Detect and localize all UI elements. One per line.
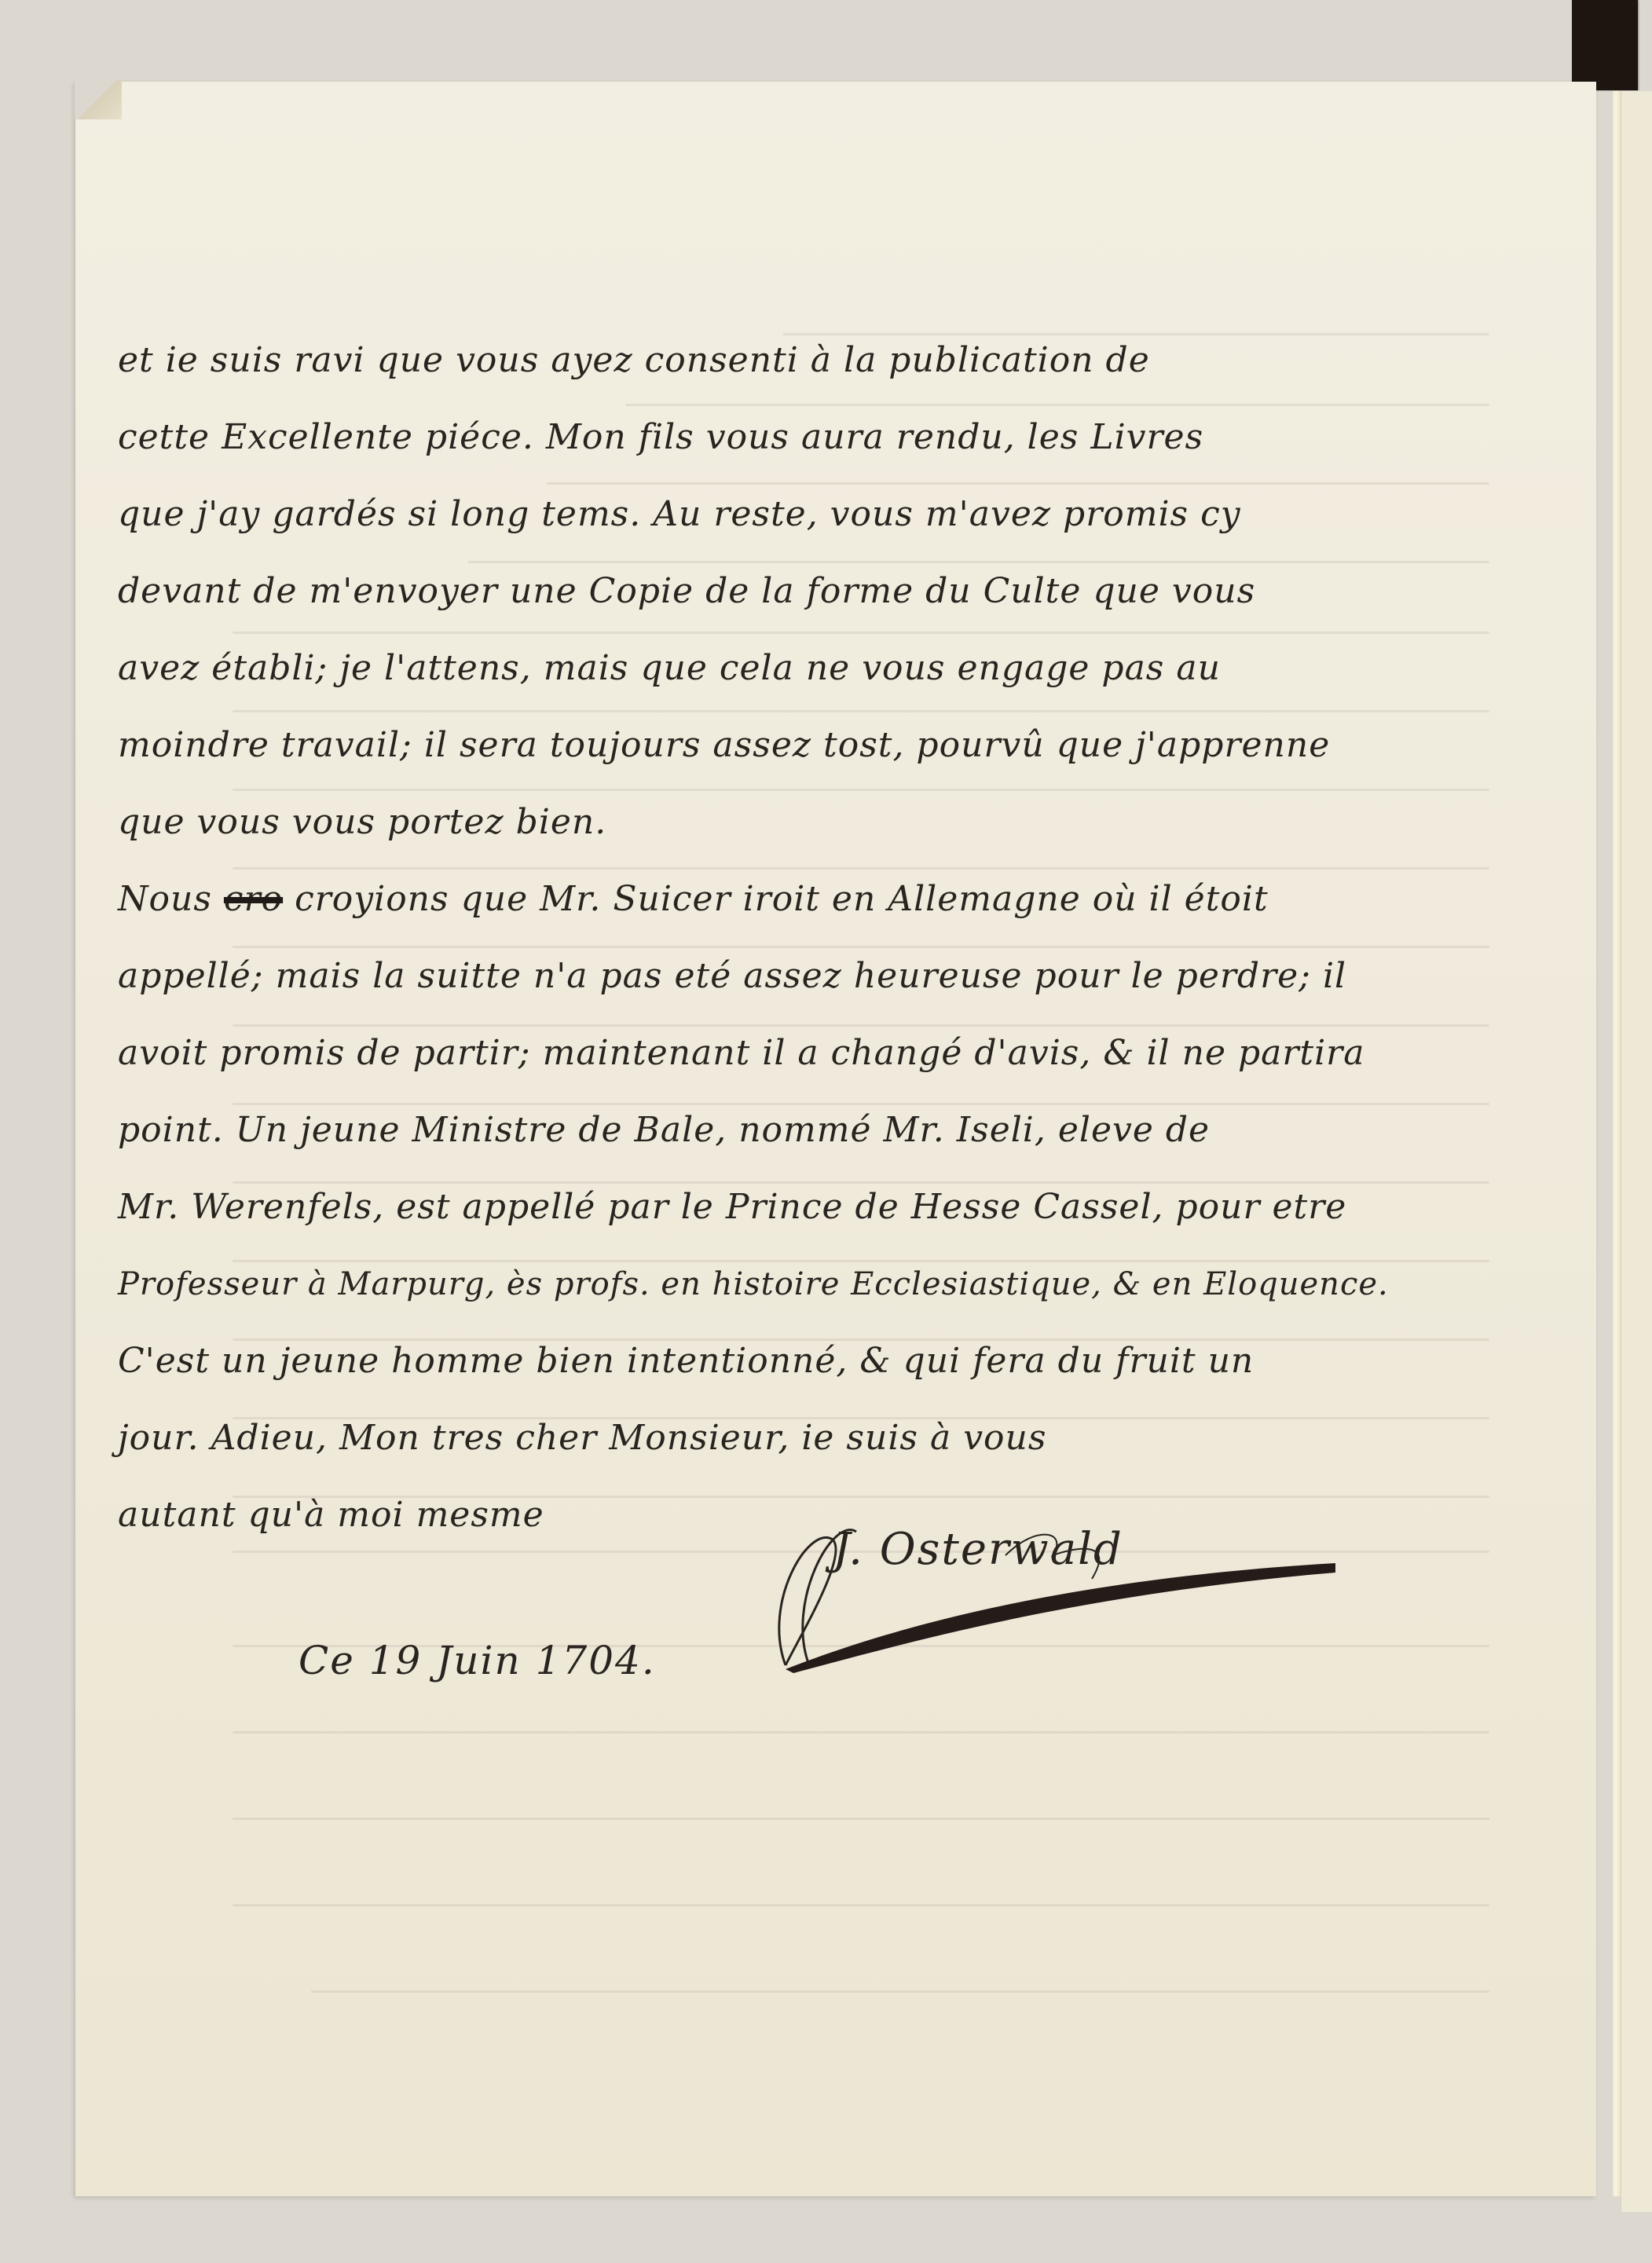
binding-crease	[1613, 91, 1621, 2196]
letter-line: jour. Adieu, Mon tres cher Monsieur, ie …	[118, 1400, 1579, 1477]
letter-line-paragraph-start: Nous cro croyions que Mr. Suicer iroit e…	[118, 861, 1579, 938]
struck-out-word: cro	[224, 879, 283, 919]
signature-name: J. Osterwald	[833, 1524, 1123, 1575]
letter-line: C'est un jeune homme bien intentionné, &…	[118, 1323, 1579, 1400]
letter-line: avoit promis de partir; maintenant il a …	[118, 1015, 1579, 1092]
letter-line: cette Excellente piéce. Mon fils vous au…	[118, 399, 1579, 476]
letter-line: que j'ay gardés si long tems. Au reste, …	[118, 476, 1579, 553]
paragraph-first-word: Nous	[118, 879, 212, 919]
letter-line: point. Un jeune Ministre de Bale, nommé …	[118, 1092, 1579, 1169]
letter-line: appellé; mais la suitte n'a pas eté asse…	[118, 938, 1579, 1015]
letter-line: que vous vous portez bien.	[118, 784, 1579, 861]
letter-date: Ce 19 Juin 1704.	[299, 1638, 656, 1683]
letter-line: devant de m'envoyer une Copie de la form…	[118, 553, 1579, 630]
letter-line: avez établi; je l'attens, mais que cela …	[118, 630, 1579, 707]
adjacent-page-edge	[1621, 91, 1652, 2212]
paragraph-first-line: croyions que Mr. Suicer iroit en Allemag…	[295, 879, 1269, 919]
letter-line: Professeur à Marpurg, ès profs. en histo…	[118, 1246, 1579, 1323]
letter-line: moindre travail; il sera toujours assez …	[118, 707, 1579, 784]
bookmark-ribbon	[1572, 0, 1638, 90]
signature: J. Osterwald	[738, 1508, 1367, 1681]
letter-line: Mr. Werenfels, est appellé par le Prince…	[118, 1169, 1579, 1246]
letter-body: et ie suis ravi que vous ayez consenti à…	[118, 322, 1579, 1554]
letter-line: et ie suis ravi que vous ayez consenti à…	[118, 322, 1579, 399]
